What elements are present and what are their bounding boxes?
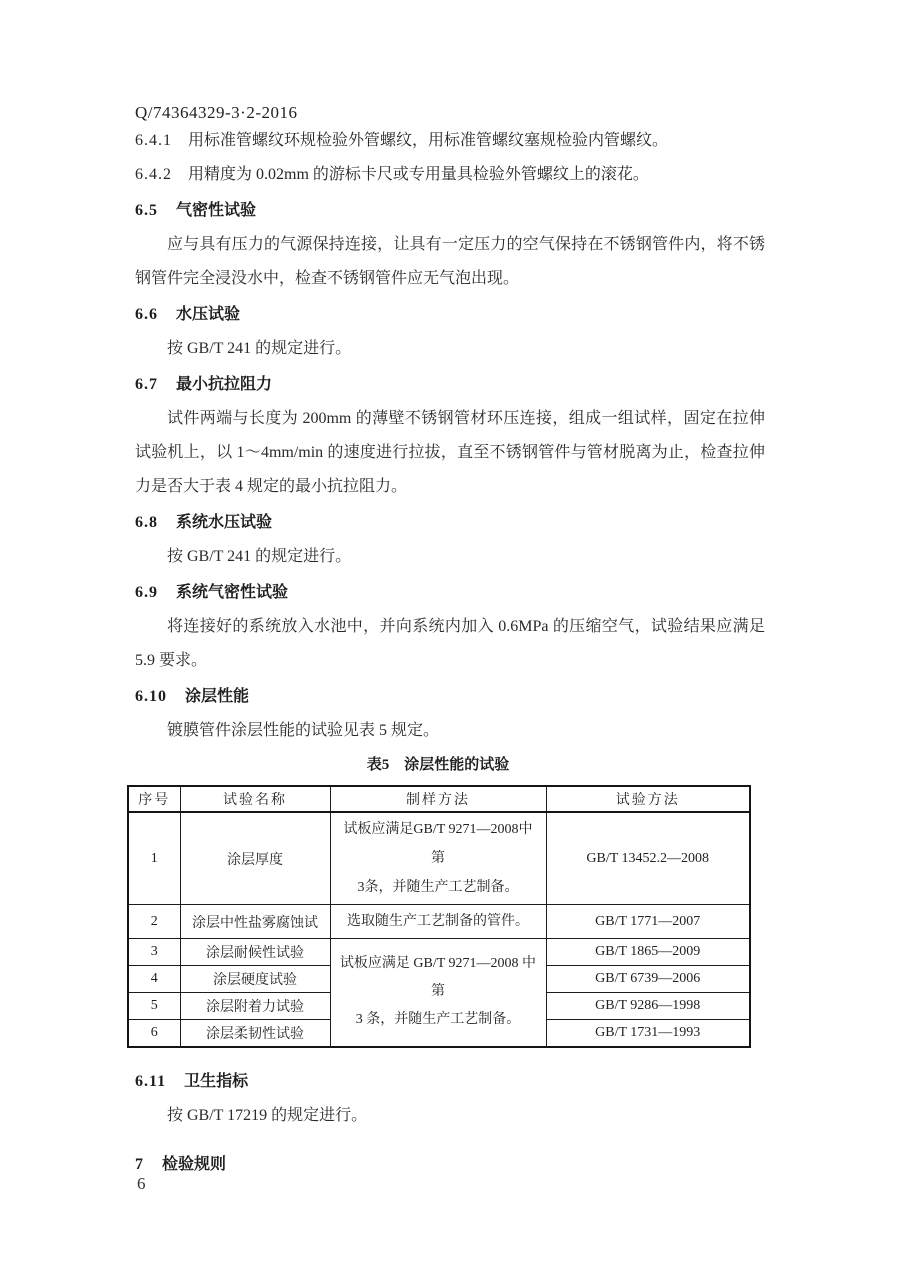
cell-test-name: 涂层中性盐雾腐蚀试 <box>180 905 330 939</box>
clause-text: 用精度为 0.02mm 的游标卡尺或专用量具检验外管螺纹上的滚花。 <box>188 166 649 183</box>
paragraph-6-6: 按 GB/T 241 的规定进行。 <box>135 332 765 366</box>
cell-test-method: GB/T 1731—1993 <box>546 1020 750 1047</box>
section-number: 7 <box>135 1156 144 1173</box>
table-header-row: 序号 试验名称 制样方法 试验方法 <box>128 786 750 812</box>
table-row: 3 涂层耐候性试验 试板应满足 GB/T 9271—2008 中第 3 条，并随… <box>128 939 750 966</box>
section-number: 6.5 <box>135 202 158 219</box>
section-heading-6-5: 6.5气密性试验 <box>135 194 765 228</box>
clause-6-4-1: 6.4.1用标准管螺纹环规检验外管螺纹，用标准管螺纹塞规检验内管螺纹。 <box>135 124 765 158</box>
table-row: 2 涂层中性盐雾腐蚀试 选取随生产工艺制备的管件。 GB/T 1771—2007 <box>128 905 750 939</box>
clause-number: 6.4.2 <box>135 166 172 183</box>
section-title: 系统水压试验 <box>176 514 272 531</box>
section-number: 6.10 <box>135 688 167 705</box>
paragraph-6-11: 按 GB/T 17219 的规定进行。 <box>135 1099 765 1133</box>
cell-sample-prep: 试板应满足GB/T 9271—2008中第 3条，并随生产工艺制备。 <box>330 812 546 905</box>
cell-seq: 4 <box>128 966 180 993</box>
section-heading-6-9: 6.9系统气密性试验 <box>135 576 765 610</box>
page-number: 6 <box>137 1174 146 1194</box>
cell-test-method: GB/T 1865—2009 <box>546 939 750 966</box>
section-title: 检验规则 <box>162 1156 226 1173</box>
table-5-caption: 表5 涂层性能的试验 <box>127 748 749 782</box>
section-number: 6.9 <box>135 584 158 601</box>
standard-code: Q/74364329-3·2-2016 <box>135 102 765 124</box>
page-content: Q/74364329-3·2-2016 6.4.1用标准管螺纹环规检验外管螺纹，… <box>0 0 900 1182</box>
cell-test-method: GB/T 13452.2—2008 <box>546 812 750 905</box>
section-number: 6.8 <box>135 514 158 531</box>
cell-test-method: GB/T 6739—2006 <box>546 966 750 993</box>
cell-test-name: 涂层柔韧性试验 <box>180 1020 330 1047</box>
table-5-coating-tests: 序号 试验名称 制样方法 试验方法 1 涂层厚度 试板应满足GB/T 9271—… <box>127 785 751 1048</box>
document-page: Q/74364329-3·2-2016 6.4.1用标准管螺纹环规检验外管螺纹，… <box>0 0 900 1273</box>
clause-6-4-2: 6.4.2用精度为 0.02mm 的游标卡尺或专用量具检验外管螺纹上的滚花。 <box>135 158 765 192</box>
clause-text: 用标准管螺纹环规检验外管螺纹，用标准管螺纹塞规检验内管螺纹。 <box>188 132 668 149</box>
col-header-seq: 序号 <box>128 786 180 812</box>
cell-seq: 6 <box>128 1020 180 1047</box>
cell-test-name: 涂层厚度 <box>180 812 330 905</box>
cell-seq: 3 <box>128 939 180 966</box>
section-heading-7: 7检验规则 <box>135 1148 765 1182</box>
section-number: 6.7 <box>135 376 158 393</box>
paragraph-6-10: 镀膜管件涂层性能的试验见表 5 规定。 <box>135 714 765 748</box>
cell-sample-prep-merged: 试板应满足 GB/T 9271—2008 中第 3 条，并随生产工艺制备。 <box>330 939 546 1047</box>
clause-number: 6.4.1 <box>135 132 172 149</box>
cell-test-name: 涂层硬度试验 <box>180 966 330 993</box>
cell-seq: 1 <box>128 812 180 905</box>
col-header-test-name: 试验名称 <box>180 786 330 812</box>
section-title: 气密性试验 <box>176 202 256 219</box>
section-heading-6-7: 6.7最小抗拉阻力 <box>135 368 765 402</box>
cell-test-name: 涂层附着力试验 <box>180 993 330 1020</box>
section-title: 系统气密性试验 <box>176 584 288 601</box>
cell-test-name: 涂层耐候性试验 <box>180 939 330 966</box>
cell-test-method: GB/T 9286—1998 <box>546 993 750 1020</box>
paragraph-6-7: 试件两端与长度为 200mm 的薄壁不锈钢管材环压连接，组成一组试样，固定在拉伸… <box>135 402 765 504</box>
col-header-sample-prep: 制样方法 <box>330 786 546 812</box>
table-row: 1 涂层厚度 试板应满足GB/T 9271—2008中第 3条，并随生产工艺制备… <box>128 812 750 905</box>
cell-test-method: GB/T 1771—2007 <box>546 905 750 939</box>
section-heading-6-11: 6.11卫生指标 <box>135 1065 765 1099</box>
section-title: 卫生指标 <box>184 1073 248 1090</box>
section-heading-6-10: 6.10涂层性能 <box>135 680 765 714</box>
section-title: 最小抗拉阻力 <box>176 376 272 393</box>
cell-seq: 5 <box>128 993 180 1020</box>
section-heading-6-6: 6.6水压试验 <box>135 298 765 332</box>
paragraph-6-9: 将连接好的系统放入水池中，并向系统内加入 0.6MPa 的压缩空气，试验结果应满… <box>135 610 765 678</box>
cell-seq: 2 <box>128 905 180 939</box>
section-number: 6.6 <box>135 306 158 323</box>
section-title: 涂层性能 <box>185 688 249 705</box>
paragraph-6-8: 按 GB/T 241 的规定进行。 <box>135 540 765 574</box>
cell-sample-prep: 选取随生产工艺制备的管件。 <box>330 905 546 939</box>
section-number: 6.11 <box>135 1073 166 1090</box>
col-header-test-method: 试验方法 <box>546 786 750 812</box>
section-heading-6-8: 6.8系统水压试验 <box>135 506 765 540</box>
paragraph-6-5: 应与具有压力的气源保持连接，让具有一定压力的空气保持在不锈钢管件内，将不锈钢管件… <box>135 228 765 296</box>
section-title: 水压试验 <box>176 306 240 323</box>
